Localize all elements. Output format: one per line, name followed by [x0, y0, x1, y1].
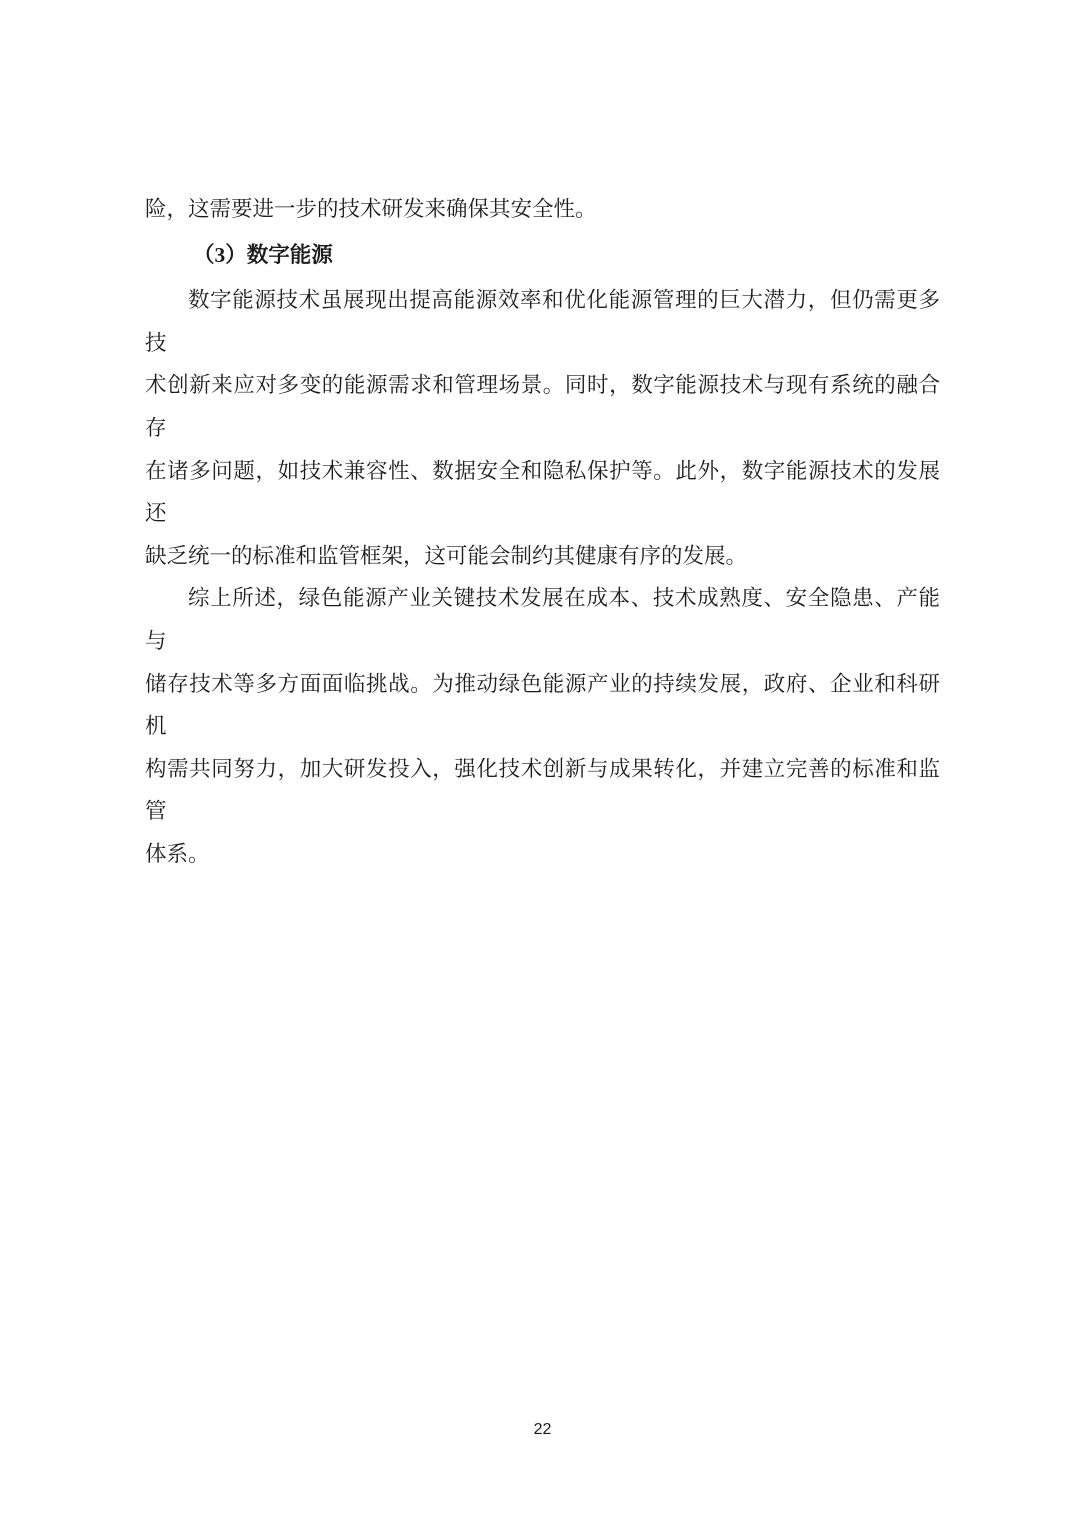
page-number: 22: [534, 1421, 552, 1438]
paragraph-digital-energy: 数字能源技术虽展现出提高能源效率和优化能源管理的巨大潜力，但仍需更多技 术创新来…: [145, 279, 940, 577]
section-heading: （3）数字能源: [145, 234, 940, 277]
paragraph-line: 在诸多问题，如技术兼容性、数据安全和隐私保护等。此外，数字能源技术的发展还: [145, 450, 940, 535]
overflow-line: 险，这需要进一步的技术研发来确保其安全性。: [145, 188, 940, 231]
paragraph-line: 构需共同努力，加大研发投入，强化技术创新与成果转化，并建立完善的标准和监管: [145, 748, 940, 833]
text-block: 险，这需要进一步的技术研发来确保其安全性。 （3）数字能源 数字能源技术虽展现出…: [145, 188, 940, 876]
paragraph-line: 术创新来应对多变的能源需求和管理场景。同时，数字能源技术与现有系统的融合存: [145, 364, 940, 449]
paragraph-line: 数字能源技术虽展现出提高能源效率和优化能源管理的巨大潜力，但仍需更多技: [145, 279, 940, 364]
paragraph-line: 综上所述，绿色能源产业关键技术发展在成本、技术成熟度、安全隐患、产能与: [145, 577, 940, 662]
paragraph-line: 体系。: [145, 833, 940, 876]
paragraph-summary: 综上所述，绿色能源产业关键技术发展在成本、技术成熟度、安全隐患、产能与 储存技术…: [145, 577, 940, 875]
paragraph-line: 储存技术等多方面面临挑战。为推动绿色能源产业的持续发展，政府、企业和科研机: [145, 663, 940, 748]
document-page: 险，这需要进一步的技术研发来确保其安全性。 （3）数字能源 数字能源技术虽展现出…: [0, 0, 1074, 1520]
paragraph-line: 缺乏统一的标准和监管框架，这可能会制约其健康有序的发展。: [145, 535, 940, 578]
page-footer: 22: [145, 1419, 940, 1441]
